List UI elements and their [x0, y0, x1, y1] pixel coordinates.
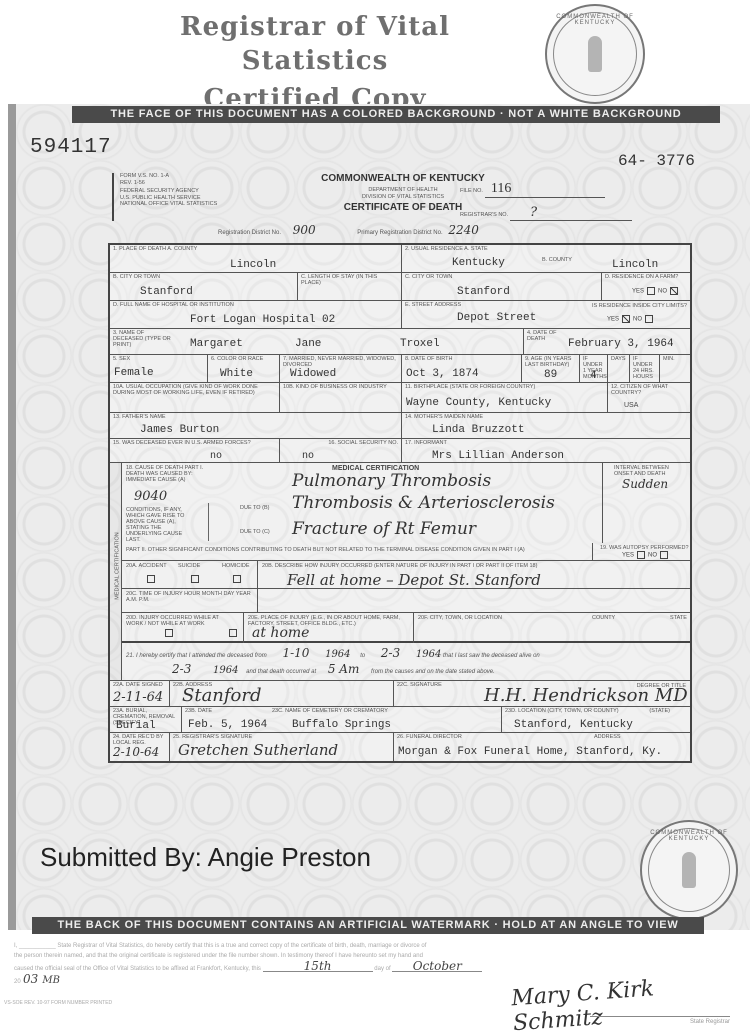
- race: 6. COLOR OR RACE White: [208, 355, 280, 382]
- registration-district: Registration District No. 900 Primary Re…: [218, 223, 618, 237]
- kentucky-seal-bottom-icon: COMMONWEALTH OF KENTUCKY: [640, 820, 738, 920]
- funeral-director: 26. FUNERAL DIRECTOR ADDRESS Morgan & Fo…: [394, 733, 690, 761]
- mother-maiden-name: 14. MOTHER'S MAIDEN NAME Linda Bruzzott: [402, 413, 690, 438]
- age-hours: If Under 24 Hrs. Hours: [630, 355, 660, 382]
- registrar-no-field: REGISTRAR'S NO. ?: [460, 205, 632, 221]
- form-identifier: FORM V.S. NO. 1-A REV. 1-56 FEDERAL SECU…: [112, 173, 217, 221]
- cert-year: 03: [21, 974, 41, 984]
- farm-no-checkbox[interactable]: [670, 287, 678, 295]
- armed-forces: 15. WAS DECEASED EVER IN U.S. ARMED FORC…: [110, 439, 280, 462]
- date-of-death: 4. DATE OF DEATH February 3, 1964: [524, 329, 690, 354]
- accident-checkbox[interactable]: [147, 575, 155, 583]
- bottom-security-band: THE BACK OF THIS DOCUMENT CONTAINS AN AR…: [32, 917, 704, 934]
- physician-signature: 22c. SIGNATURE H.H. Hendrickson MD Degre…: [394, 681, 690, 706]
- place-of-death-county: 1. PLACE OF DEATH a. COUNTY Lincoln: [110, 245, 402, 272]
- deceased-name: 3. NAME OF DECEASED (Type or Print) Marg…: [110, 329, 524, 354]
- submitted-by: Submitted By: Angie Preston: [40, 842, 371, 873]
- city-limits-no-checkbox[interactable]: [645, 315, 653, 323]
- birthplace: 11. BIRTHPLACE (State or foreign country…: [402, 383, 608, 412]
- informant: 17. INFORMANT Mrs Lillian Anderson: [402, 439, 690, 462]
- not-at-work-checkbox[interactable]: [229, 629, 237, 637]
- length-of-stay: c. LENGTH OF STAY (in this place): [298, 273, 402, 300]
- physician-attestation: 21. I hereby certify that I attended the…: [122, 643, 690, 679]
- medical-certification: 18. CAUSE OF DEATH PART I. DEATH WAS CAU…: [122, 463, 690, 680]
- suicide-checkbox[interactable]: [191, 575, 199, 583]
- kentucky-seal-icon: COMMONWEALTH OF KENTUCKY: [545, 4, 645, 104]
- age-days: Days: [608, 355, 630, 382]
- injury-description: Fell at home – Depot St. Stanford: [287, 571, 541, 589]
- date-of-birth: 8. DATE OF BIRTH Oct 3, 1874: [402, 355, 522, 382]
- file-no-field: FILE NO. 116: [460, 181, 605, 198]
- father-name: 13. FATHER'S NAME James Burton: [110, 413, 402, 438]
- autopsy-no-checkbox[interactable]: [660, 551, 668, 559]
- disposition: 23a. BURIAL, CREMATION, REMOVAL (Specify…: [110, 707, 182, 732]
- residence-city: c. CITY OR TOWN Stanford: [402, 273, 602, 300]
- social-security: 16. SOCIAL SECURITY NO. no: [280, 439, 402, 462]
- cause-of-death: 18. CAUSE OF DEATH PART I. DEATH WAS CAU…: [122, 463, 690, 561]
- kind-of-business: 10b. KIND OF BUSINESS OR INDUSTRY: [280, 383, 402, 412]
- form-footer-print: VS-SOE REV. 10-97 FORM NUMBER PRINTED: [4, 1000, 112, 1007]
- residence-on-farm: d. RESIDENCE ON A FARM? YESNO: [602, 273, 690, 300]
- cause-a: Pulmonary Thrombosis: [292, 471, 491, 491]
- age-years: 9. AGE (in years last birthday) 89: [522, 355, 580, 382]
- injury-place: 20d. INJURY OCCURRED WHILE AT WORK / NOT…: [122, 613, 690, 643]
- heading-line-1: Registrar of Vital Statistics: [120, 10, 510, 78]
- medical-side-label: MEDICAL CERTIFICATION: [110, 463, 122, 680]
- top-security-band: THE FACE OF THIS DOCUMENT HAS A COLORED …: [72, 106, 720, 123]
- document-number: 594117: [30, 136, 112, 159]
- marital-status: 7. MARRIED, NEVER MARRIED, WIDOWED, DIVO…: [280, 355, 402, 382]
- burial-date-cemetery: 23b. DATE 23c. NAME OF CEMETERY OR CREMA…: [182, 707, 502, 732]
- burial-location: 23d. LOCATION (City, town, or county) (S…: [502, 707, 690, 732]
- cert-month: October: [392, 961, 482, 972]
- usual-residence: 2. USUAL RESIDENCE a. STATE Kentucky b. …: [402, 245, 690, 272]
- date-received: 24. DATE REC'D BY LOCAL REG. 2-10-64: [110, 733, 170, 761]
- cert-day: 15th: [263, 961, 373, 972]
- farm-yes-checkbox[interactable]: [647, 287, 655, 295]
- homicide-checkbox[interactable]: [233, 575, 241, 583]
- date-signed: 22a. DATE SIGNED 2-11-64: [110, 681, 170, 706]
- registrar-signature: 25. REGISTRAR'S SIGNATURE Gretchen Suthe…: [170, 733, 394, 761]
- sex: 5. SEX Female: [110, 355, 208, 382]
- age-months: If Under 1 Year Months 4: [580, 355, 608, 382]
- injury-type: 20a. ACCIDENT SUICIDE HOMICIDE 20b. DESC…: [122, 561, 690, 589]
- at-work-checkbox[interactable]: [165, 629, 173, 637]
- city-of-death: b. CITY OR TOWN Stanford: [110, 273, 298, 300]
- autopsy-yes-checkbox[interactable]: [637, 551, 645, 559]
- death-certificate: FORM V.S. NO. 1-A REV. 1-56 FEDERAL SECU…: [108, 171, 692, 791]
- street-address: e. STREET ADDRESS Depot Street IS RESIDE…: [402, 301, 690, 328]
- citizenship: 12. CITIZEN OF WHAT COUNTRY? USA: [608, 383, 690, 412]
- city-limits-yes-checkbox[interactable]: [622, 315, 630, 323]
- usual-occupation: 10a. USUAL OCCUPATION (Give kind of work…: [110, 383, 280, 412]
- registrar-heading: Registrar of Vital Statistics Certified …: [120, 10, 510, 118]
- file-number-stamp: 64- 3776: [618, 152, 695, 170]
- signature-caption: State Registrar: [590, 1016, 730, 1025]
- physician-address: 22b. ADDRESS Stanford: [170, 681, 394, 706]
- cause-b: Thrombosis & Arteriosclerosis: [292, 493, 555, 513]
- certificate-grid: 1. PLACE OF DEATH a. COUNTY Lincoln 2. U…: [108, 243, 692, 763]
- cause-c: Fracture of Rt Femur: [292, 519, 476, 539]
- hospital-name: d. FULL NAME OF HOSPITAL OR INSTITUTION …: [110, 301, 402, 328]
- age-minutes: Min.: [660, 355, 690, 382]
- injury-time: 20c. TIME OF INJURY Hour Month Day Year …: [122, 589, 690, 613]
